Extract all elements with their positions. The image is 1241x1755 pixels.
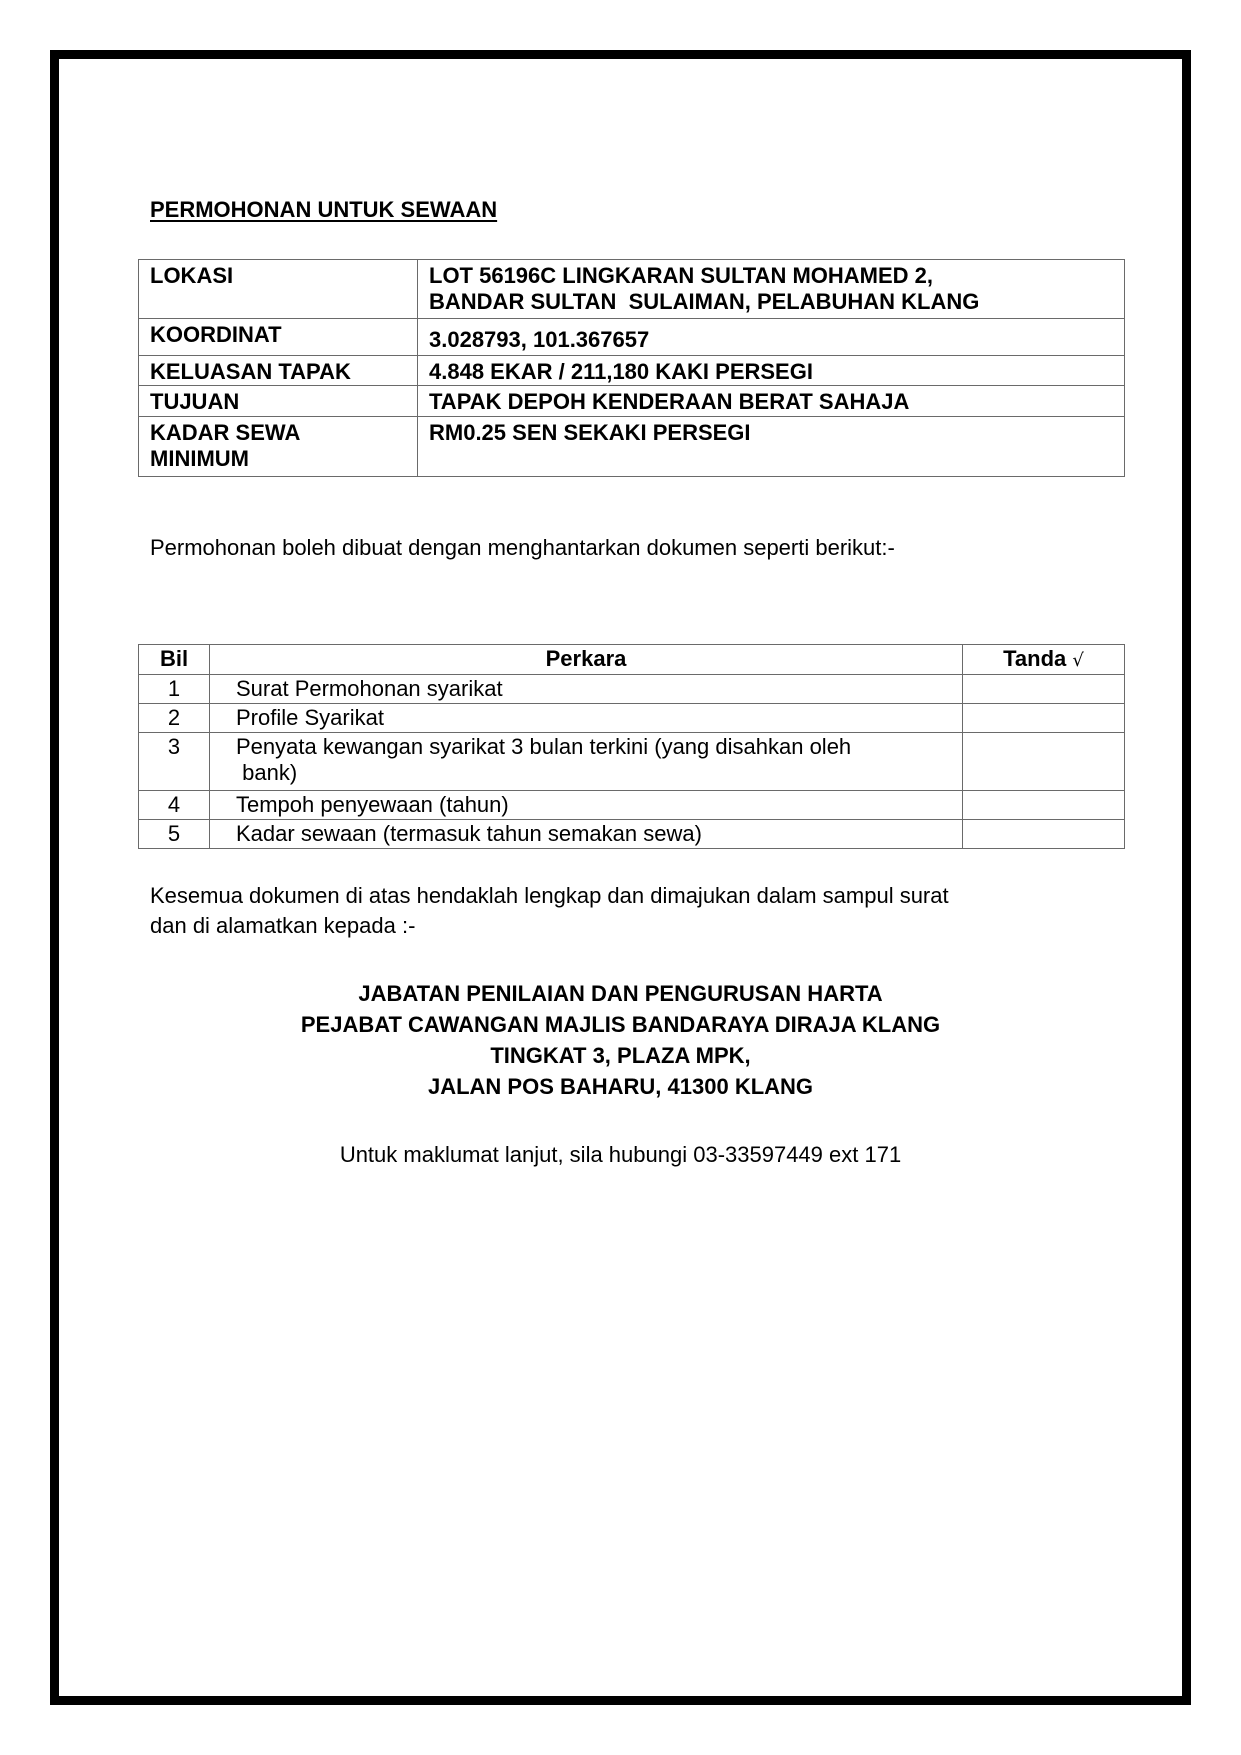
checklist-row: 2 Profile Syarikat: [139, 704, 1125, 733]
info-label: KADAR SEWA MINIMUM: [139, 417, 418, 477]
intro-paragraph: Permohonan boleh dibuat dengan menghanta…: [150, 533, 1110, 563]
header-bil: Bil: [139, 645, 210, 675]
info-label-line: KADAR SEWA: [150, 420, 417, 446]
row-number: 2: [139, 704, 210, 733]
checklist-header-row: Bil Perkara Tanda √: [139, 645, 1125, 675]
address-line: TINGKAT 3, PLAZA MPK,: [50, 1040, 1191, 1071]
checkmark-icon: √: [1072, 650, 1083, 671]
info-label-line: MINIMUM: [150, 446, 417, 472]
row-item-line: bank): [236, 760, 962, 786]
info-row-tujuan: TUJUAN TAPAK DEPOH KENDERAAN BERAT SAHAJ…: [139, 386, 1125, 417]
info-value: TAPAK DEPOH KENDERAAN BERAT SAHAJA: [418, 386, 1125, 417]
info-label: KOORDINAT: [139, 319, 418, 356]
info-row-keluasan: KELUASAN TAPAK 4.848 EKAR / 211,180 KAKI…: [139, 356, 1125, 386]
info-label: KELUASAN TAPAK: [139, 356, 418, 386]
row-number: 3: [139, 733, 210, 791]
document-checklist-table: Bil Perkara Tanda √ 1 Surat Permohonan s…: [138, 644, 1125, 849]
checklist-row: 3 Penyata kewangan syarikat 3 bulan terk…: [139, 733, 1125, 791]
info-row-koordinat: KOORDINAT 3.028793, 101.367657: [139, 319, 1125, 356]
closing-line: Kesemua dokumen di atas hendaklah lengka…: [150, 881, 1110, 911]
header-tanda-label: Tanda: [1003, 646, 1066, 671]
property-info-table: LOKASI LOT 56196C LINGKARAN SULTAN MOHAM…: [138, 259, 1125, 477]
row-tick-cell[interactable]: [963, 820, 1125, 849]
row-tick-cell[interactable]: [963, 675, 1125, 704]
row-item: Tempoh penyewaan (tahun): [210, 791, 963, 820]
info-row-kadar-sewa: KADAR SEWA MINIMUM RM0.25 SEN SEKAKI PER…: [139, 417, 1125, 477]
closing-line: dan di alamatkan kepada :-: [150, 911, 1110, 941]
info-value: 4.848 EKAR / 211,180 KAKI PERSEGI: [418, 356, 1125, 386]
row-item: Penyata kewangan syarikat 3 bulan terkin…: [210, 733, 963, 791]
header-perkara: Perkara: [210, 645, 963, 675]
row-tick-cell[interactable]: [963, 733, 1125, 791]
contact-info: Untuk maklumat lanjut, sila hubungi 03-3…: [50, 1140, 1191, 1170]
row-number: 1: [139, 675, 210, 704]
row-item: Kadar sewaan (termasuk tahun semakan sew…: [210, 820, 963, 849]
info-value-line: BANDAR SULTAN SULAIMAN, PELABUHAN KLANG: [429, 289, 1124, 315]
mailing-address: JABATAN PENILAIAN DAN PENGURUSAN HARTA P…: [50, 978, 1191, 1102]
checklist-row: 4 Tempoh penyewaan (tahun): [139, 791, 1125, 820]
closing-paragraph: Kesemua dokumen di atas hendaklah lengka…: [150, 881, 1110, 941]
info-row-lokasi: LOKASI LOT 56196C LINGKARAN SULTAN MOHAM…: [139, 260, 1125, 319]
address-line: PEJABAT CAWANGAN MAJLIS BANDARAYA DIRAJA…: [50, 1009, 1191, 1040]
checklist-row: 5 Kadar sewaan (termasuk tahun semakan s…: [139, 820, 1125, 849]
info-value-line: LOT 56196C LINGKARAN SULTAN MOHAMED 2,: [429, 263, 1124, 289]
checklist-row: 1 Surat Permohonan syarikat: [139, 675, 1125, 704]
info-value: RM0.25 SEN SEKAKI PERSEGI: [418, 417, 1125, 477]
info-label: LOKASI: [139, 260, 418, 319]
info-value: 3.028793, 101.367657: [418, 319, 1125, 356]
document-title: PERMOHONAN UNTUK SEWAAN: [150, 197, 497, 223]
header-tanda: Tanda √: [963, 645, 1125, 675]
row-item: Surat Permohonan syarikat: [210, 675, 963, 704]
address-line: JALAN POS BAHARU, 41300 KLANG: [50, 1071, 1191, 1102]
row-item-line: Penyata kewangan syarikat 3 bulan terkin…: [236, 734, 962, 760]
info-value: LOT 56196C LINGKARAN SULTAN MOHAMED 2, B…: [418, 260, 1125, 319]
address-line: JABATAN PENILAIAN DAN PENGURUSAN HARTA: [50, 978, 1191, 1009]
row-number: 4: [139, 791, 210, 820]
row-number: 5: [139, 820, 210, 849]
row-item: Profile Syarikat: [210, 704, 963, 733]
info-label: TUJUAN: [139, 386, 418, 417]
row-tick-cell[interactable]: [963, 704, 1125, 733]
row-tick-cell[interactable]: [963, 791, 1125, 820]
